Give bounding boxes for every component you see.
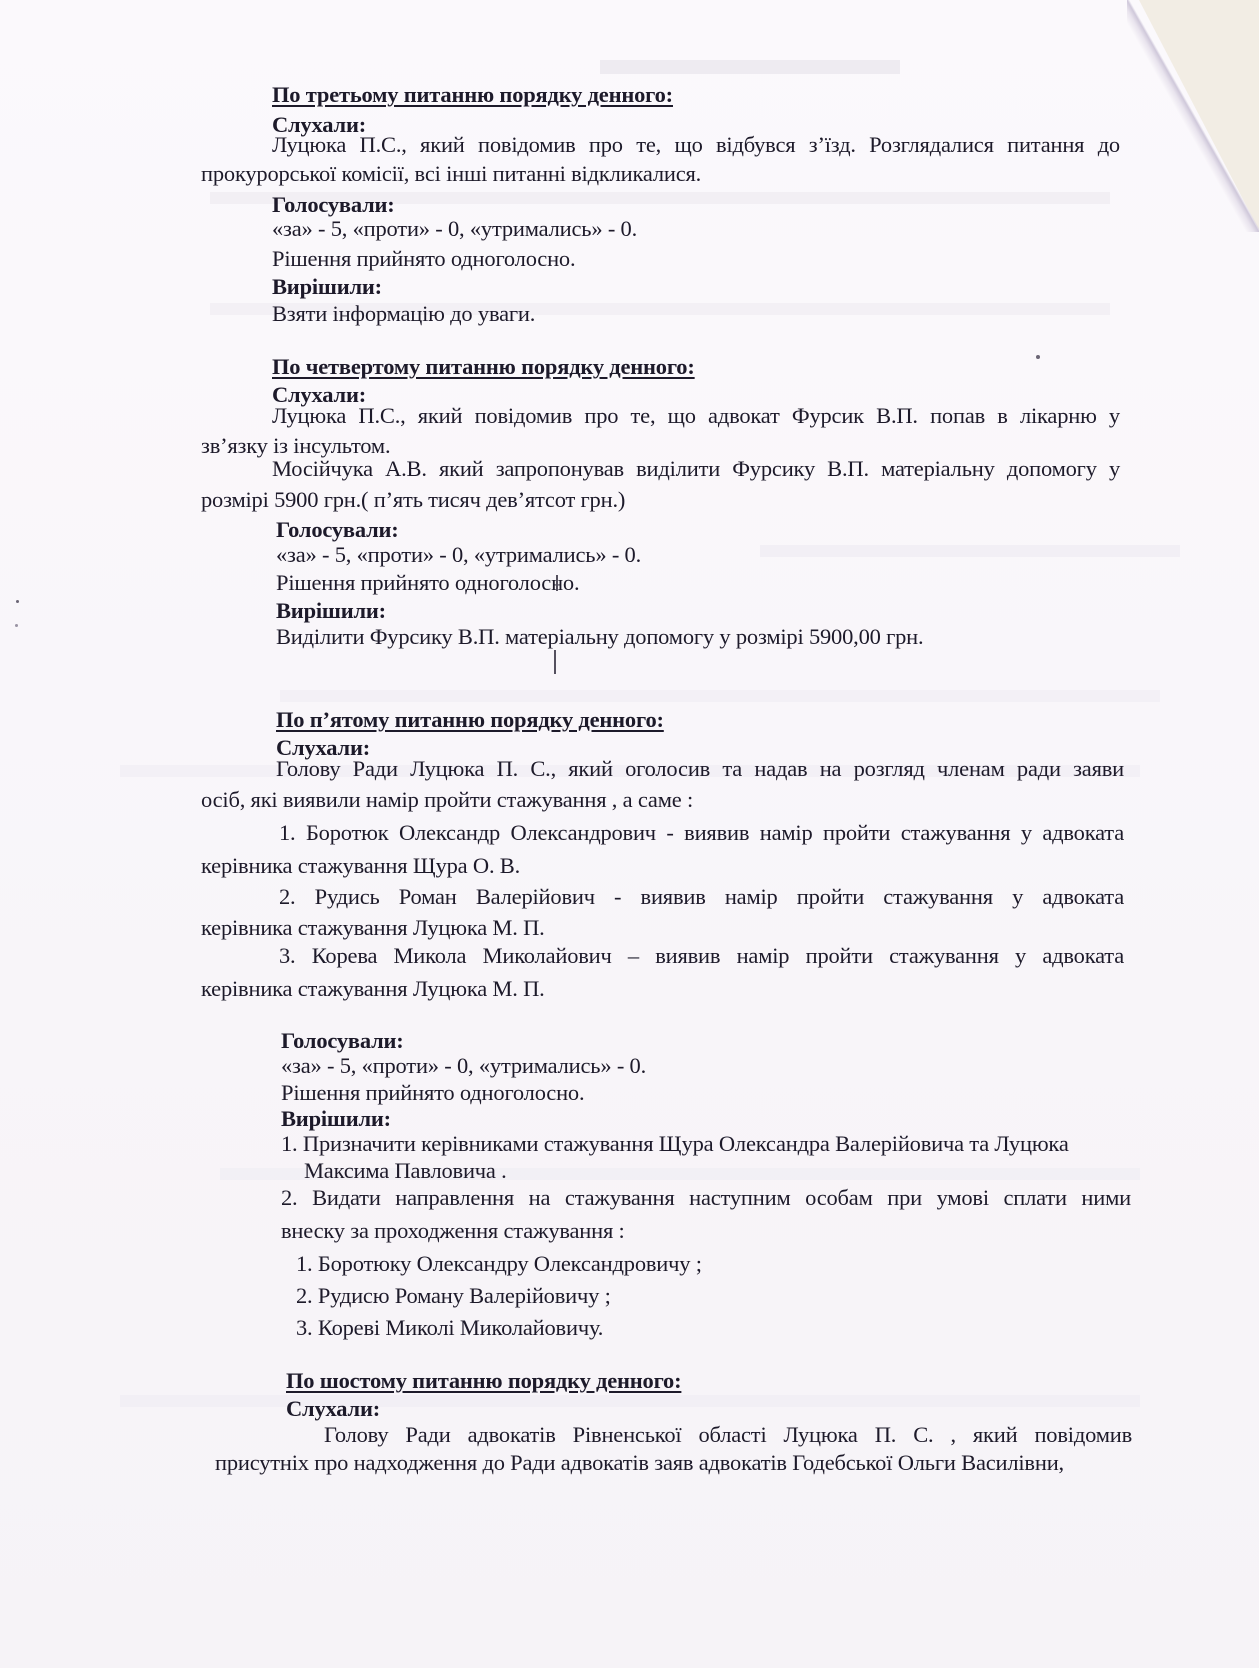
heard-text: осіб, які виявили намір пройти стажуванн…	[201, 789, 693, 812]
voted-label: Голосували:	[276, 519, 399, 542]
section-heading-q4: По четвертому питанню порядку денного:	[272, 356, 695, 379]
folded-corner-edge	[1127, 0, 1259, 232]
scan-speck	[1036, 355, 1040, 359]
vote-tally: «за» - 5, «проти» - 0, «утримались» - 0.	[272, 218, 637, 241]
voted-label: Голосували:	[281, 1030, 404, 1053]
heard-text: Голову Ради адвокатів Рівненської област…	[324, 1424, 1132, 1447]
applicant-item: 2. Рудись Роман Валерійович - виявив нам…	[279, 886, 1124, 909]
recipient-item: 1. Боротюку Олександру Олександровичу ;	[296, 1253, 702, 1276]
decision-result: Рішення прийнято одноголосно.	[281, 1082, 584, 1105]
decision-text: Виділити Фурсику В.П. матеріальну допомо…	[276, 626, 923, 649]
recipient-item: 3. Кореві Миколі Миколайовичу.	[296, 1317, 603, 1340]
section-heading-q5: По п’ятому питанню порядку денного:	[276, 709, 664, 732]
vote-tally: «за» - 5, «проти» - 0, «утримались» - 0.	[281, 1055, 646, 1078]
heard-text: Луцюка П.С., який повідомив про те, що а…	[272, 405, 1120, 428]
heard-label: Слухали:	[286, 1398, 380, 1421]
vote-tally: «за» - 5, «проти» - 0, «утримались» - 0.	[276, 544, 641, 567]
heard-text: зв’язку із інсультом.	[201, 435, 390, 458]
decision-item: Максима Павловича .	[304, 1160, 507, 1183]
decision-result: Рішення прийнято одноголосно.	[272, 248, 575, 271]
decision-text: Взяти інформацію до уваги.	[272, 303, 535, 326]
applicant-item: керівника стажування Луцюка М. П.	[201, 917, 545, 940]
decision-item: 2. Видати направлення на стажування наст…	[281, 1187, 1131, 1210]
applicant-item: 1. Боротюк Олександр Олександрович - вия…	[279, 822, 1124, 845]
bleed-through	[120, 1395, 1140, 1407]
section-heading-q3: По третьому питанню порядку денного:	[272, 84, 673, 107]
applicant-item: керівника стажування Щура О. В.	[201, 855, 520, 878]
decision-item: внеску за проходження стажування :	[281, 1220, 625, 1243]
decided-label: Вирішили:	[281, 1108, 391, 1131]
decision-item: 1. Призначити керівниками стажування Щур…	[281, 1133, 1069, 1156]
section-heading-q6: По шостому питанню порядку денного:	[286, 1370, 681, 1393]
voted-label: Голосували:	[272, 194, 395, 217]
heard-text: прокурорської комісії, всі інші питанні …	[201, 163, 701, 186]
bleed-through	[600, 60, 900, 74]
applicant-item: керівника стажування Луцюка М. П.	[201, 978, 545, 1001]
scan-speck	[16, 600, 19, 603]
decided-label: Вирішили:	[272, 276, 382, 299]
heard-text: Луцюка П.С., який повідомив про те, що в…	[272, 134, 1120, 157]
applicant-item: 3. Корева Микола Миколайович – виявив на…	[279, 945, 1124, 968]
heard-text: Голову Ради Луцюка П. С., який оголосив …	[276, 758, 1124, 781]
scan-speck	[15, 624, 18, 627]
bleed-through	[280, 690, 1160, 702]
scan-scratch	[554, 650, 556, 674]
decision-result: Рішення прийнято одноголосно.	[276, 572, 579, 595]
recipient-item: 2. Рудисю Роману Валерійовичу ;	[296, 1285, 611, 1308]
scan-scratch	[556, 575, 558, 591]
heard-text: присутніх про надходження до Ради адвока…	[215, 1452, 1064, 1475]
bleed-through	[760, 545, 1180, 557]
scanned-page: По третьому питанню порядку денного: Слу…	[0, 0, 1259, 1668]
decided-label: Вирішили:	[276, 600, 386, 623]
heard-text: Мосійчука А.В. який запропонував виділит…	[272, 458, 1120, 481]
heard-text: розмірі 5900 грн.( п’ять тисяч дев’ятсот…	[201, 489, 625, 512]
